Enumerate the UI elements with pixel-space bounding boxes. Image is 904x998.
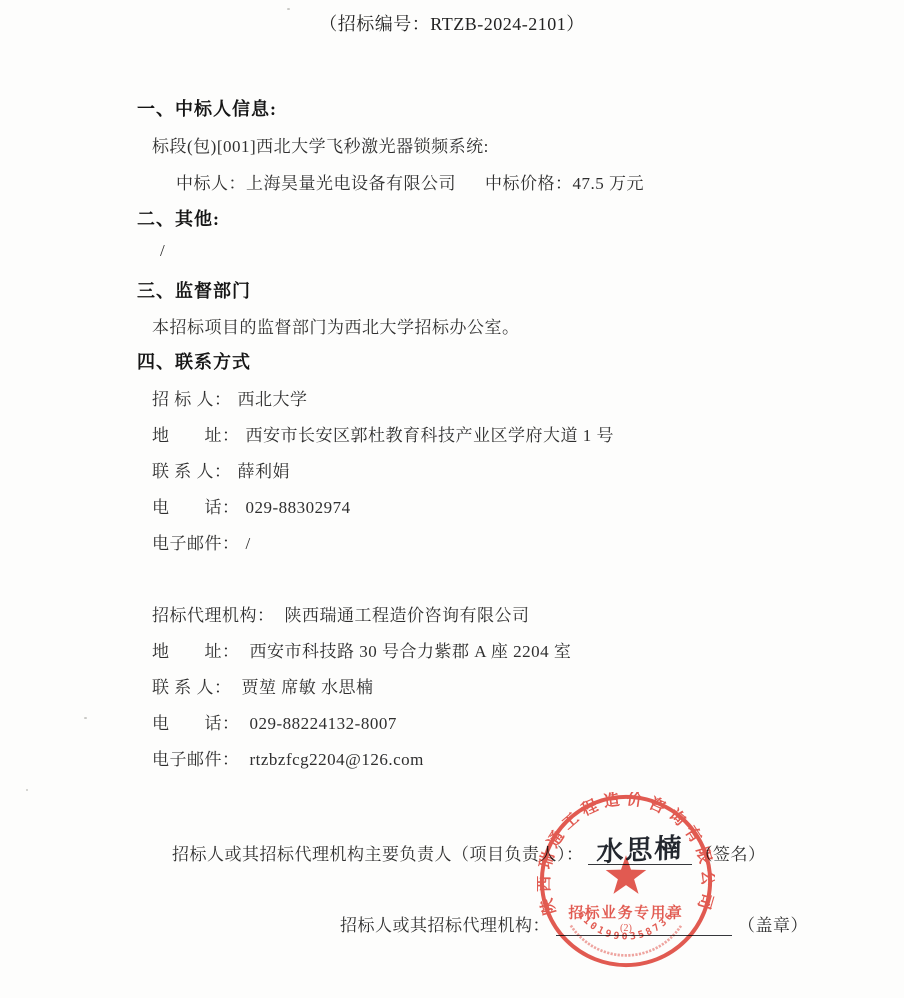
sign-suffix: （签名） xyxy=(696,845,766,864)
field-value: 贾堃 席敏 水思楠 xyxy=(242,678,374,697)
handwritten-signature: 水思楠 xyxy=(587,825,692,870)
field-value: rtzbzfcg2204@126.com xyxy=(250,750,424,769)
scan-speck xyxy=(84,717,87,719)
document-page: （招标编号：RTZB-2024-2101） 一、中标人信息: 标段(包)[001… xyxy=(0,0,904,998)
principal-label: 招标人或其招标代理机构主要负责人（项目负责人）： xyxy=(172,845,584,864)
field-value: 029-88224132-8007 xyxy=(250,714,397,733)
principal-signature-row: 招标人或其招标代理机构主要负责人（项目负责人）：水思楠（签名） xyxy=(172,840,766,865)
winner-price: 中标价格：47.5 万元 xyxy=(485,169,644,194)
lot-line: 标段(包)[001]西北大学飞秒激光器锁频系统: xyxy=(152,132,489,157)
agency-name-row: 招标代理机构：陕西瑞通工程造价咨询有限公司 xyxy=(152,601,530,626)
seal-suffix: （盖章） xyxy=(738,916,808,935)
field-value: 薛利娟 xyxy=(238,462,291,481)
winner-line: 中标人：上海昊量光电设备有限公司 中标价格：47.5 万元 xyxy=(176,169,456,194)
scan-speck xyxy=(26,789,28,791)
section-3-heading: 三、监督部门 xyxy=(137,277,251,303)
tenderer-contact-row: 联 系 人：薛利娟 xyxy=(152,457,290,482)
supervision-text: 本招标项目的监督部门为西北大学招标办公室。 xyxy=(152,313,520,338)
tenderer-phone-row: 电 话：029-88302974 xyxy=(152,493,351,518)
field-label: 电 话： xyxy=(152,714,240,733)
field-label: 联 系 人： xyxy=(152,462,232,481)
field-label: 电 话： xyxy=(152,498,240,517)
field-value: 西安市长安区郭杜教育科技产业区学府大道 1 号 xyxy=(246,426,615,445)
scan-speck xyxy=(287,8,290,10)
field-label: 电子邮件： xyxy=(152,750,240,769)
agency-contact-row: 联 系 人：贾堃 席敏 水思楠 xyxy=(152,673,374,698)
winner-name: 中标人：上海昊量光电设备有限公司 xyxy=(176,174,456,193)
section-1-heading: 一、中标人信息: xyxy=(137,95,277,121)
agency-phone-row: 电 话：029-88224132-8007 xyxy=(152,709,397,734)
field-label: 招 标 人： xyxy=(152,390,232,409)
tender-number-title: （招标编号：RTZB-2024-2101） xyxy=(0,10,904,36)
field-value: 西安市科技路 30 号合力紫郡 A 座 2204 室 xyxy=(250,642,572,661)
section-2-heading: 二、其他: xyxy=(137,205,220,231)
tenderer-name-row: 招 标 人：西北大学 xyxy=(152,385,308,410)
field-label: 电子邮件： xyxy=(152,534,240,553)
seal-blank-line xyxy=(556,913,732,936)
field-label: 地 址： xyxy=(152,426,240,445)
field-value: 陕西瑞通工程造价咨询有限公司 xyxy=(285,606,530,625)
field-label: 联 系 人： xyxy=(152,678,232,697)
field-label: 招标代理机构： xyxy=(152,606,275,625)
section-2-content: / xyxy=(160,241,165,261)
red-company-stamp-icon: 陕西瑞通工程造价咨询有限公司 招标业务专用章 (2) 6101990358736 xyxy=(537,792,715,970)
field-value: 029-88302974 xyxy=(246,498,351,517)
signature-blank-line: 水思楠 xyxy=(588,842,692,865)
field-value: / xyxy=(246,534,251,553)
agency-email-row: 电子邮件：rtzbzfcg2204@126.com xyxy=(152,745,424,770)
tenderer-email-row: 电子邮件：/ xyxy=(152,529,251,554)
agency-seal-label: 招标人或其招标代理机构： xyxy=(340,916,550,935)
agency-seal-row: 招标人或其招标代理机构：（盖章） xyxy=(340,911,808,936)
field-label: 地 址： xyxy=(152,642,240,661)
agency-address-row: 地 址：西安市科技路 30 号合力紫郡 A 座 2204 室 xyxy=(152,637,571,662)
stamp-outer-ring xyxy=(542,797,710,965)
tenderer-address-row: 地 址：西安市长安区郭杜教育科技产业区学府大道 1 号 xyxy=(152,421,614,446)
field-value: 西北大学 xyxy=(238,390,308,409)
section-4-heading: 四、联系方式 xyxy=(137,348,251,374)
